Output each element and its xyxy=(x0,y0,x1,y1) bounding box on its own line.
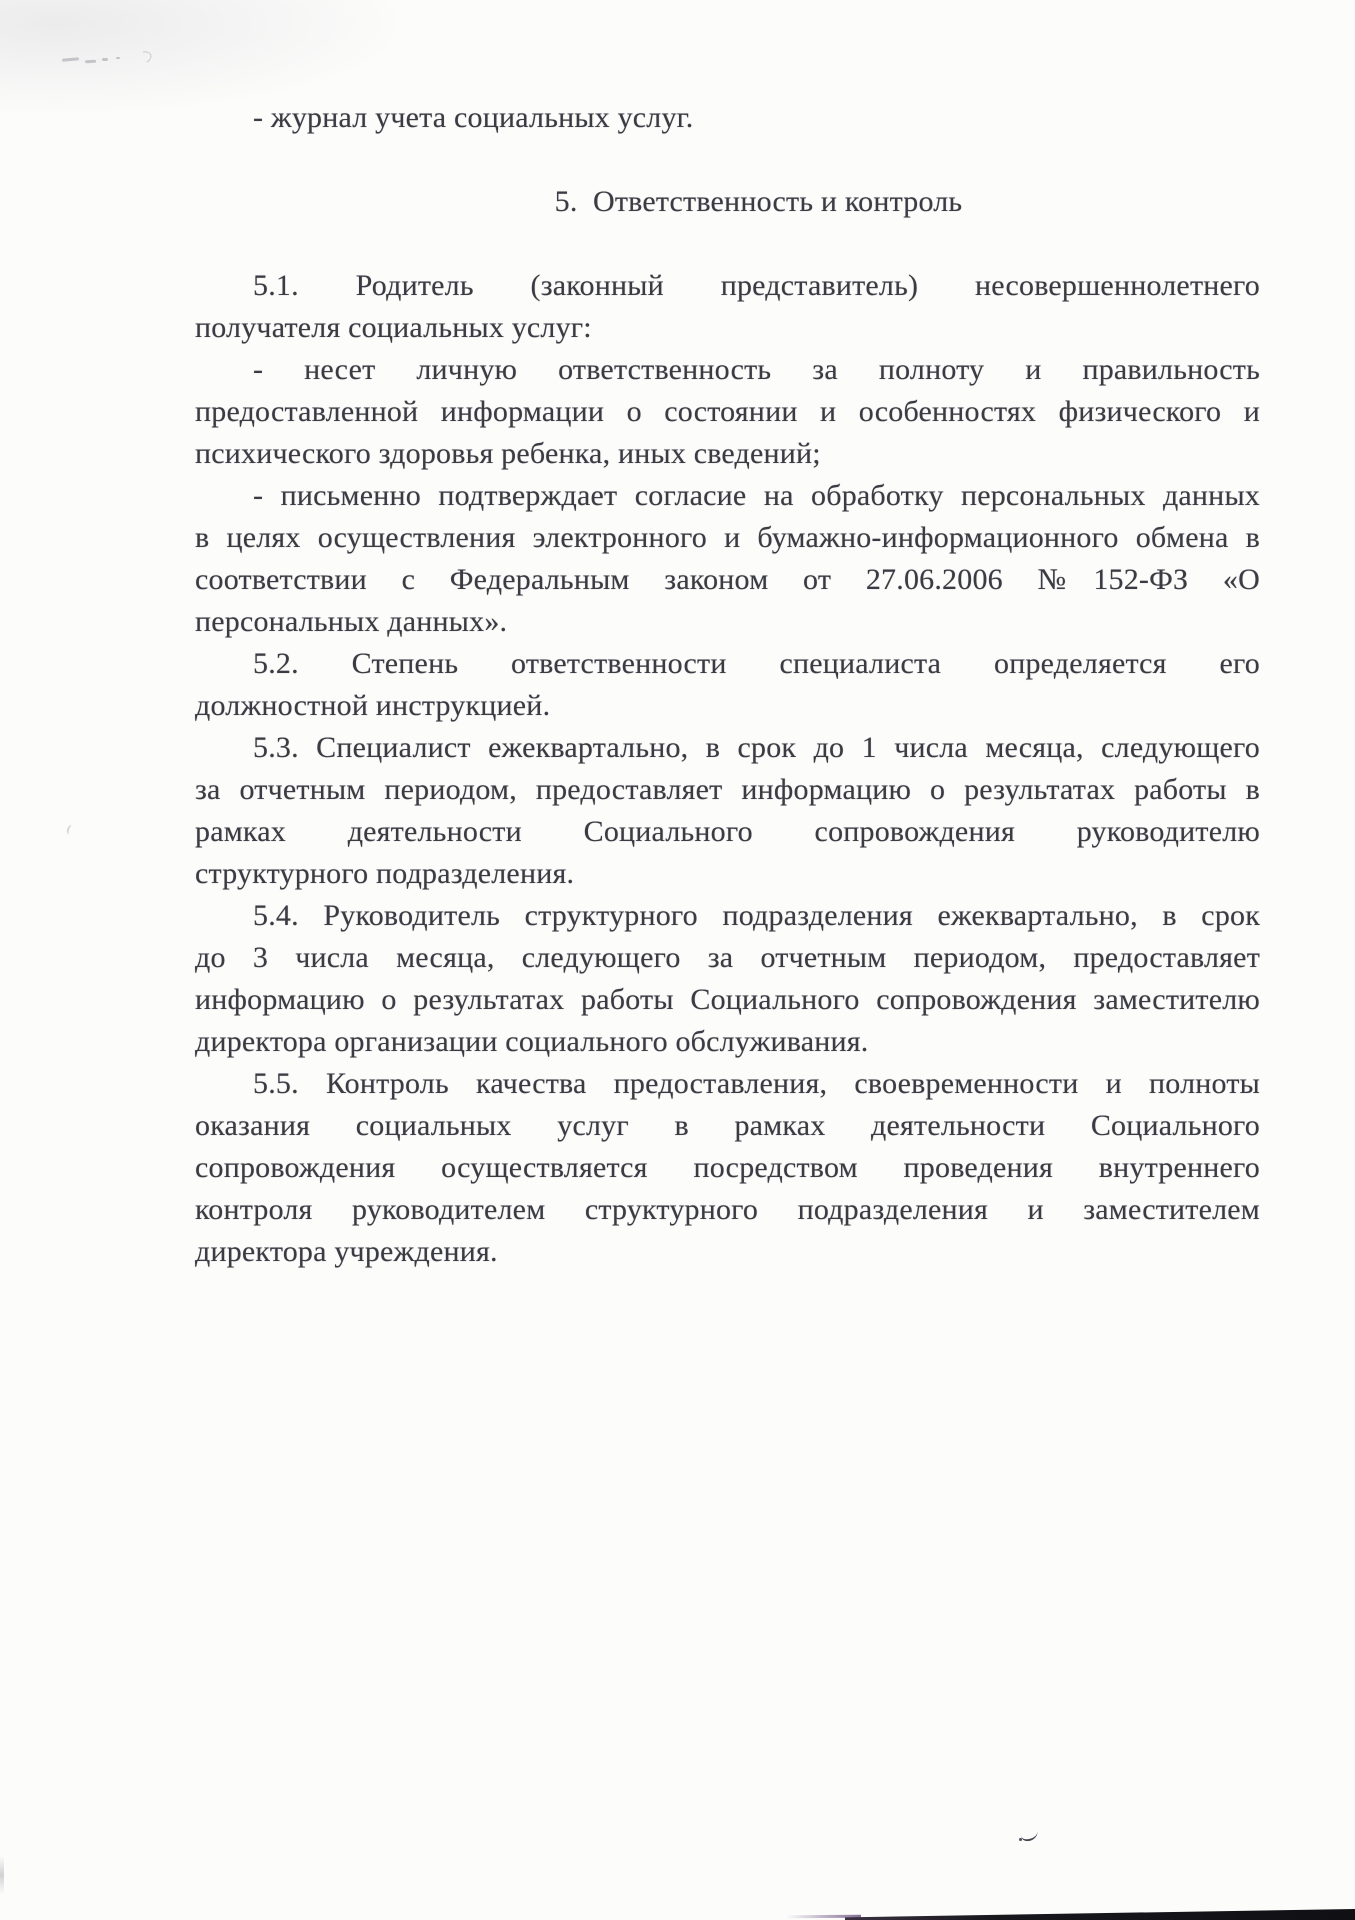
pencil-mark xyxy=(62,57,79,61)
text-line: оказания социальных услуг в рамках деяте… xyxy=(195,1105,1260,1147)
text-line: рамках деятельности Социального сопровож… xyxy=(195,811,1260,853)
text-line: 5.3. Специалист ежеквартально, в срок до… xyxy=(195,727,1260,769)
text-line: получателя социальных услуг: xyxy=(195,307,1260,349)
text-line: за отчетным периодом, предоставляет инфо… xyxy=(195,769,1260,811)
scan-edge-shadow xyxy=(845,1908,1355,1920)
text-line: должностной инструкцией. xyxy=(195,685,1260,727)
text-line: 5.5. Контроль качества предоставления, с… xyxy=(195,1063,1260,1105)
text-line: в целях осуществления электронного и бум… xyxy=(195,517,1260,559)
margin-speck-artifact xyxy=(66,824,76,836)
pencil-mark xyxy=(102,58,108,61)
text-line: психического здоровья ребенка, иных свед… xyxy=(195,433,1260,475)
text-line: до 3 числа месяца, следующего за отчетны… xyxy=(195,937,1260,979)
text-line: директора организации социального обслуж… xyxy=(195,1021,1260,1063)
text-line: - журнал учета социальных услуг. xyxy=(195,97,1260,139)
scanned-document-page: { "page": { "background": "#fcfcfb", "in… xyxy=(0,0,1355,1920)
text-line: сопровождения осуществляется посредством… xyxy=(195,1147,1260,1189)
blank-line xyxy=(195,223,1260,265)
text-line: информацию о результатах работы Социальн… xyxy=(195,979,1260,1021)
text-line: 5.4. Руководитель структурного подраздел… xyxy=(195,895,1260,937)
scan-edge-smudge xyxy=(0,1856,4,1894)
pencil-mark xyxy=(116,57,120,59)
text-line: директора учреждения. xyxy=(195,1231,1260,1273)
text-line: - несет личную ответственность за полнот… xyxy=(195,349,1260,391)
text-line: соответствии с Федеральным законом от 27… xyxy=(195,559,1260,601)
blank-line xyxy=(195,139,1260,181)
text-line: - письменно подтверждает согласие на обр… xyxy=(195,475,1260,517)
pencil-mark xyxy=(85,60,96,63)
document-text-block: - журнал учета социальных услуг.5. Ответ… xyxy=(195,97,1260,1273)
pencil-curl-mark xyxy=(137,49,153,65)
page-background: - журнал учета социальных услуг.5. Ответ… xyxy=(0,0,1355,1920)
text-line: структурного подразделения. xyxy=(195,853,1260,895)
text-line: 5.1. Родитель (законный представитель) н… xyxy=(195,265,1260,307)
text-line: предоставленной информации о состоянии и… xyxy=(195,391,1260,433)
section-heading: 5. Ответственность и контроль xyxy=(226,181,1291,223)
text-line: 5.2. Степень ответственности специалиста… xyxy=(195,643,1260,685)
text-line: контроля руководителем структурного подр… xyxy=(195,1189,1260,1231)
ink-dot-mark xyxy=(1019,1838,1022,1841)
text-line: персональных данных». xyxy=(195,601,1260,643)
ink-curl-mark xyxy=(1020,1830,1038,1842)
